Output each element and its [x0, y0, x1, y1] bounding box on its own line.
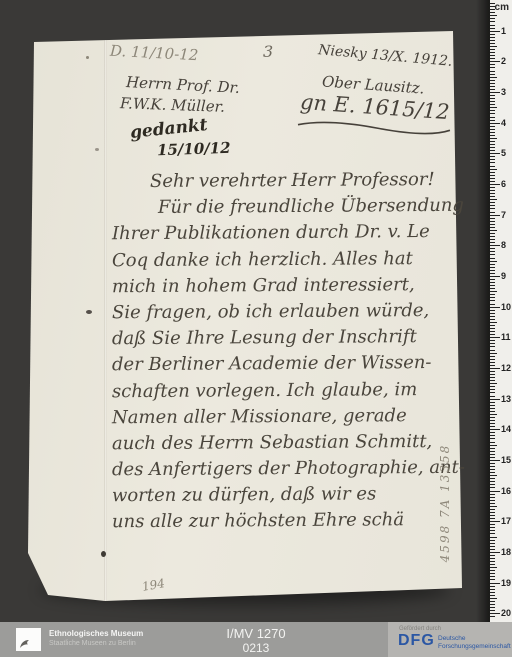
ruler-tick	[490, 589, 495, 590]
ruler-tick	[490, 3, 495, 4]
ruler-tick	[490, 359, 495, 360]
ruler-tick	[490, 497, 495, 498]
ruler-number: 17	[501, 516, 511, 526]
fold-crease	[104, 36, 107, 602]
ruler-tick	[490, 613, 500, 614]
ruler-tick	[490, 432, 495, 433]
ruler-tick	[490, 9, 495, 10]
letter-line: des Anfertigers der Photographie, ant-	[112, 457, 464, 486]
ruler-number: 15	[501, 455, 511, 465]
ruler-tick	[490, 245, 500, 246]
ruler-tick	[490, 515, 495, 516]
ruler-tick	[490, 558, 495, 559]
ruler-tick	[490, 239, 495, 240]
ruler-tick	[490, 300, 495, 301]
ruler-tick	[490, 491, 500, 492]
letter-line: Namen aller Missionare, gerade	[112, 404, 464, 433]
ruler-tick	[490, 276, 500, 277]
ruler-tick	[490, 236, 495, 237]
ruler-tick	[490, 40, 495, 41]
ruler-tick	[490, 270, 495, 271]
ruler-tick	[490, 604, 495, 605]
ruler-tick	[490, 208, 495, 209]
ruler-tick	[490, 61, 500, 62]
ruler-tick	[490, 144, 495, 145]
ruler-tick	[490, 83, 495, 84]
ruler-tick	[490, 212, 495, 213]
ruler-tick	[490, 448, 495, 449]
ruler-number: 11	[501, 332, 511, 342]
ruler-tick	[490, 512, 495, 513]
page-number: 3	[263, 42, 273, 61]
ruler-tick	[490, 487, 495, 488]
ruler-tick	[490, 601, 495, 602]
ruler-tick	[490, 279, 495, 280]
ruler-tick	[490, 288, 495, 289]
ruler-tick	[490, 316, 495, 317]
ruler-tick	[490, 294, 495, 295]
ruler-number: 2	[501, 56, 506, 66]
ruler-tick	[490, 411, 495, 412]
letter-line: auch des Herrn Sebastian Schmitt,	[112, 431, 464, 460]
ruler-tick	[490, 107, 497, 108]
ruler-tick	[490, 420, 495, 421]
ruler-tick	[490, 80, 495, 81]
ruler-tick	[490, 469, 495, 470]
ruler-tick	[490, 460, 500, 461]
ruler-tick	[490, 261, 497, 262]
ruler-tick	[490, 184, 500, 185]
ruler-tick	[490, 583, 500, 584]
letter-line: Sehr verehrter Herr Professor!	[112, 169, 464, 198]
ruler-tick	[490, 101, 495, 102]
cm-ruler: cm 1234567891011121314151617181920	[488, 0, 512, 622]
ruler-tick	[490, 248, 495, 249]
ruler-tick	[490, 442, 495, 443]
ruler-tick	[490, 389, 495, 390]
museum-subtitle: Staatliche Museen zu Berlin	[49, 639, 143, 649]
ruler-tick	[490, 304, 495, 305]
ruler-tick	[490, 28, 495, 29]
ruler-tick	[490, 193, 495, 194]
ruler-tick	[490, 392, 495, 393]
ruler-tick	[490, 129, 495, 130]
ruler-tick	[490, 408, 495, 409]
ruler-tick	[490, 64, 495, 65]
ruler-tick	[490, 454, 495, 455]
shelfmark-page: 0213	[176, 641, 336, 655]
ruler-tick	[490, 576, 495, 577]
ruler-tick	[490, 371, 495, 372]
ruler-tick	[490, 472, 495, 473]
ruler-tick	[490, 46, 497, 47]
ruler-number: 4	[501, 118, 506, 128]
ruler-tick	[490, 466, 495, 467]
ruler-tick	[490, 518, 495, 519]
ruler-tick	[490, 21, 495, 22]
ruler-tick	[490, 58, 495, 59]
ruler-tick	[490, 438, 495, 439]
ruler-tick	[490, 423, 495, 424]
museum-logo	[16, 628, 41, 651]
ruler-tick	[490, 328, 495, 329]
ruler-tick	[490, 120, 495, 121]
ruler-tick	[490, 178, 495, 179]
ruler-tick	[490, 95, 495, 96]
ruler-tick	[490, 67, 495, 68]
ruler-tick	[490, 187, 495, 188]
letter-line: Sie fragen, ob ich erlauben würde,	[112, 300, 464, 329]
ruler-tick	[490, 313, 495, 314]
ruler-shadow	[476, 0, 488, 622]
ruler-tick	[490, 540, 495, 541]
ruler-tick	[490, 530, 495, 531]
ruler-tick	[490, 267, 495, 268]
ruler-number: 20	[501, 608, 511, 618]
ruler-tick	[490, 126, 495, 127]
ruler-tick	[490, 506, 497, 507]
shelfmark-id: I/MV 1270	[176, 626, 336, 641]
ruler-tick	[490, 242, 495, 243]
ruler-tick	[490, 598, 497, 599]
ruler-number: 6	[501, 179, 506, 189]
museum-name: Ethnologisches Museum	[49, 629, 143, 639]
ruler-tick	[490, 218, 495, 219]
ruler-tick	[490, 150, 495, 151]
ruler-tick	[490, 435, 495, 436]
ruler-tick	[490, 451, 495, 452]
ruler-tick	[490, 110, 495, 111]
ruler-tick	[490, 374, 495, 375]
ruler-tick	[490, 552, 500, 553]
recipient-line-2: F.W.K. Müller.	[120, 94, 226, 116]
letter-line: Ihrer Publikationen durch Dr. v. Le	[112, 221, 464, 250]
ruler-tick	[490, 362, 495, 363]
ruler-tick	[490, 368, 500, 369]
ruler-tick	[490, 555, 495, 556]
ruler-tick	[490, 205, 495, 206]
ruler-tick	[490, 337, 500, 338]
ruler-tick	[490, 153, 500, 154]
acknowledged-date: 15/10/12	[157, 139, 231, 160]
ruler-tick	[490, 579, 495, 580]
ruler-tick	[490, 610, 495, 611]
ruler-tick	[490, 221, 495, 222]
ruler-tick	[490, 227, 495, 228]
ruler-tick	[490, 55, 495, 56]
ruler-tick	[490, 282, 495, 283]
footer-bar: Ethnologisches Museum Staatliche Museen …	[0, 622, 512, 657]
ruler-tick	[490, 484, 495, 485]
ruler-tick	[490, 457, 495, 458]
ruler-tick	[490, 561, 495, 562]
ruler-tick	[490, 353, 497, 354]
ruler-tick	[490, 196, 495, 197]
ruler-tick	[490, 86, 495, 87]
ruler-tick	[490, 15, 497, 16]
ruler-tick	[490, 334, 495, 335]
ruler-tick	[490, 331, 495, 332]
ruler-tick	[490, 475, 497, 476]
ruler-tick	[490, 25, 495, 26]
ruler-tick	[490, 6, 495, 7]
ruler-tick	[490, 113, 495, 114]
ruler-tick	[490, 595, 495, 596]
ruler-tick	[490, 138, 497, 139]
ruler-tick	[490, 356, 495, 357]
ruler-tick	[490, 386, 495, 387]
letter-line: der Berliner Academie der Wissen-	[112, 352, 464, 381]
ruler-number: 18	[501, 547, 511, 557]
ruler-tick	[490, 117, 495, 118]
ruler-tick	[490, 478, 495, 479]
letter-line: uns alle zur höchsten Ehre schä	[112, 509, 464, 538]
ruler-number: 5	[501, 148, 506, 158]
ruler-tick	[490, 135, 495, 136]
ruler-tick	[490, 224, 495, 225]
ruler-tick	[490, 159, 495, 160]
ruler-tick	[490, 543, 495, 544]
ruler-tick	[490, 162, 495, 163]
ruler-tick	[490, 291, 497, 292]
ruler-number: 10	[501, 302, 511, 312]
ruler-tick	[490, 49, 495, 50]
pencil-dot	[86, 56, 89, 59]
ruler-tick	[490, 426, 495, 427]
ruler-tick	[490, 123, 500, 124]
ruler-tick	[490, 319, 495, 320]
ruler-tick	[490, 310, 495, 311]
scan-viewer: D. 11/10-12 3 Niesky 13/X. 1912. Ober La…	[0, 0, 512, 657]
ruler-tick	[490, 509, 495, 510]
ruler-tick	[490, 156, 495, 157]
ruler-tick	[490, 396, 495, 397]
ruler-tick	[490, 380, 495, 381]
museum-logo-eagle-icon	[16, 628, 41, 651]
ruler-tick	[490, 297, 495, 298]
ruler-tick	[490, 377, 495, 378]
ruler-tick	[490, 92, 500, 93]
ruler-tick	[490, 481, 495, 482]
ruler-tick	[490, 175, 495, 176]
ruler-tick	[490, 592, 495, 593]
ruler-number: 14	[501, 424, 511, 434]
paper-blemish	[95, 148, 99, 151]
ruler-tick	[490, 399, 500, 400]
ruler-tick	[490, 37, 495, 38]
ruler-tick	[490, 98, 495, 99]
ruler-tick	[490, 616, 495, 617]
ruler-tick	[490, 31, 500, 32]
ruler-number: 9	[501, 271, 506, 281]
ruler-number: 12	[501, 363, 511, 373]
ruler-tick	[490, 429, 500, 430]
ruler-number: 16	[501, 486, 511, 496]
ruler-number: 13	[501, 394, 511, 404]
ruler-tick	[490, 322, 497, 323]
ruler-tick	[490, 414, 497, 415]
ruler-tick	[490, 607, 495, 608]
ruler-tick	[490, 147, 495, 148]
ruler-tick	[490, 77, 497, 78]
ruler-tick	[490, 215, 500, 216]
ruler-tick	[490, 567, 497, 568]
letter-body: Sehr verehrter Herr Professor! Für die f…	[112, 170, 464, 537]
ruler-tick	[490, 549, 495, 550]
ruler-tick	[490, 89, 495, 90]
ruler-tick	[490, 172, 495, 173]
ruler-tick	[490, 570, 495, 571]
letter-line: schaften vorlegen. Ich glaube, im	[112, 378, 464, 407]
letter-line: worten zu dürfen, daß wir es	[112, 483, 464, 512]
ruler-tick	[490, 233, 495, 234]
ruler-tick	[490, 34, 495, 35]
ruler-tick	[490, 258, 495, 259]
dfg-panel: Gefördert durch DFG Deutsche Forschungsg…	[388, 622, 512, 657]
paper-hole	[101, 551, 106, 557]
ruler-tick	[490, 417, 495, 418]
ruler-tick	[490, 52, 495, 53]
ruler-unit-label: cm	[495, 2, 509, 13]
ruler-tick	[490, 402, 495, 403]
paper-blemish	[86, 310, 92, 314]
ruler-tick	[490, 586, 495, 587]
letter-line: mich in hohem Grad interessiert,	[112, 274, 464, 303]
ruler-tick	[490, 521, 500, 522]
ruler-tick	[490, 169, 497, 170]
ruler-tick	[490, 181, 495, 182]
ruler-number: 3	[501, 87, 506, 97]
ruler-tick	[490, 190, 495, 191]
ruler-tick	[490, 494, 495, 495]
ruler-tick	[490, 166, 495, 167]
ruler-tick	[490, 230, 497, 231]
dfg-name-line1: Deutsche	[438, 635, 512, 643]
margin-inventory-number: 4598 7A 13358	[438, 418, 452, 588]
dfg-name-line2: Forschungsgemeinschaft	[438, 643, 512, 651]
ruler-number: 1	[501, 26, 506, 36]
ruler-number: 7	[501, 210, 506, 220]
ruler-tick	[490, 71, 495, 72]
ruler-tick	[490, 273, 495, 274]
ruler-tick	[490, 500, 495, 501]
ruler-tick	[490, 285, 495, 286]
ruler-tick	[490, 524, 495, 525]
ruler-tick	[490, 340, 495, 341]
ruler-tick	[490, 307, 500, 308]
ruler-tick	[490, 405, 495, 406]
ruler-tick	[490, 383, 497, 384]
ruler-tick	[490, 254, 495, 255]
ruler-tick	[490, 346, 495, 347]
ruler-tick	[490, 527, 495, 528]
ruler-tick	[490, 343, 495, 344]
museum-title-block: Ethnologisches Museum Staatliche Museen …	[49, 629, 143, 649]
ruler-tick	[490, 350, 495, 351]
ruler-tick	[490, 264, 495, 265]
ruler-tick	[490, 564, 495, 565]
ruler-tick	[490, 325, 495, 326]
dfg-logo: DFG	[398, 632, 435, 650]
ruler-tick	[490, 18, 495, 19]
letter-line: Für die freundliche Übersendung	[112, 195, 464, 224]
ruler-tick	[490, 104, 495, 105]
ruler-tick	[490, 365, 495, 366]
ruler-tick	[490, 537, 497, 538]
ruler-tick	[490, 463, 495, 464]
ruler-tick	[490, 546, 495, 547]
ruler-tick	[490, 533, 495, 534]
letter-line: daß Sie Ihre Lesung der Inschrift	[112, 326, 464, 355]
ruler-tick	[490, 202, 495, 203]
ruler-tick	[490, 445, 497, 446]
ruler-number: 8	[501, 240, 506, 250]
ruler-tick	[490, 573, 495, 574]
ruler-tick	[490, 12, 495, 13]
ruler-tick	[490, 43, 495, 44]
ruler-tick	[490, 251, 495, 252]
letter-line: Coq danke ich herzlich. Alles hat	[112, 247, 464, 276]
ruler-tick	[490, 199, 497, 200]
ruler-tick	[490, 141, 495, 142]
ruler-number: 19	[501, 578, 511, 588]
ruler-tick	[490, 132, 495, 133]
ruler-tick	[490, 503, 495, 504]
ruler-tick	[490, 74, 495, 75]
